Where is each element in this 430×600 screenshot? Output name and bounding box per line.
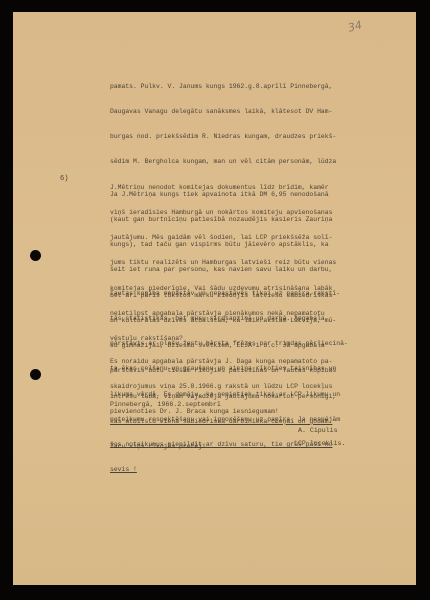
text-line: (kaut gan burtnīciņu patiesībā nozaudēji… [110, 216, 400, 224]
item-number: 6) [60, 175, 68, 183]
underlined-text-line: sevis ! [110, 466, 400, 474]
text-line: kungs), tad taču gan vispirms būtu jāiev… [110, 241, 400, 249]
text-line: burgas nod. priekšsēdim R. Niedras kunga… [110, 133, 400, 141]
signature-title: LCP loceklis. [294, 440, 345, 447]
signature-name: A. Cipulis [298, 427, 338, 434]
punch-hole [30, 250, 41, 261]
document-page: 34 pamats. Pulkv. V. Janums kungs 1962.g… [13, 12, 416, 585]
text-line: sēdim M. Bergholca kungam, man un vēl ci… [110, 158, 400, 166]
punch-hole [30, 369, 41, 380]
text-line: Tautas kopība nepastāv un nepastāvēs tik… [110, 290, 400, 298]
paragraph-4: Es noraidu apgabala pārstāvja J. Daga ku… [110, 341, 400, 433]
place-date: Pinnebergā, 1966.2.septembrī [110, 401, 221, 408]
underlined-text-line: šos noteikumus piepildīt ar dzīvu saturu… [110, 441, 400, 449]
text-line: pamats. Pulkv. V. Janums kungs 1962.g.8.… [110, 83, 400, 91]
text-line: tās statistikās, bet mūsu sirdsapziņā un… [110, 315, 400, 323]
text-line: Ja J.Mētriņa kungs tiek apvainota itkā D… [110, 191, 400, 199]
page-number: 34 [347, 18, 364, 34]
text-line: skaidrojumus viņa 25.8.1966.g rakstā un … [110, 383, 400, 391]
text-line: Es noraidu apgabala pārstāvja J. Daga ku… [110, 358, 400, 366]
text-line: Daugavas Vanagu delegātu sanāksmes laikā… [110, 108, 400, 116]
text-line: pievienoties Dr. J. Braca kunga iesniegu… [110, 408, 400, 416]
